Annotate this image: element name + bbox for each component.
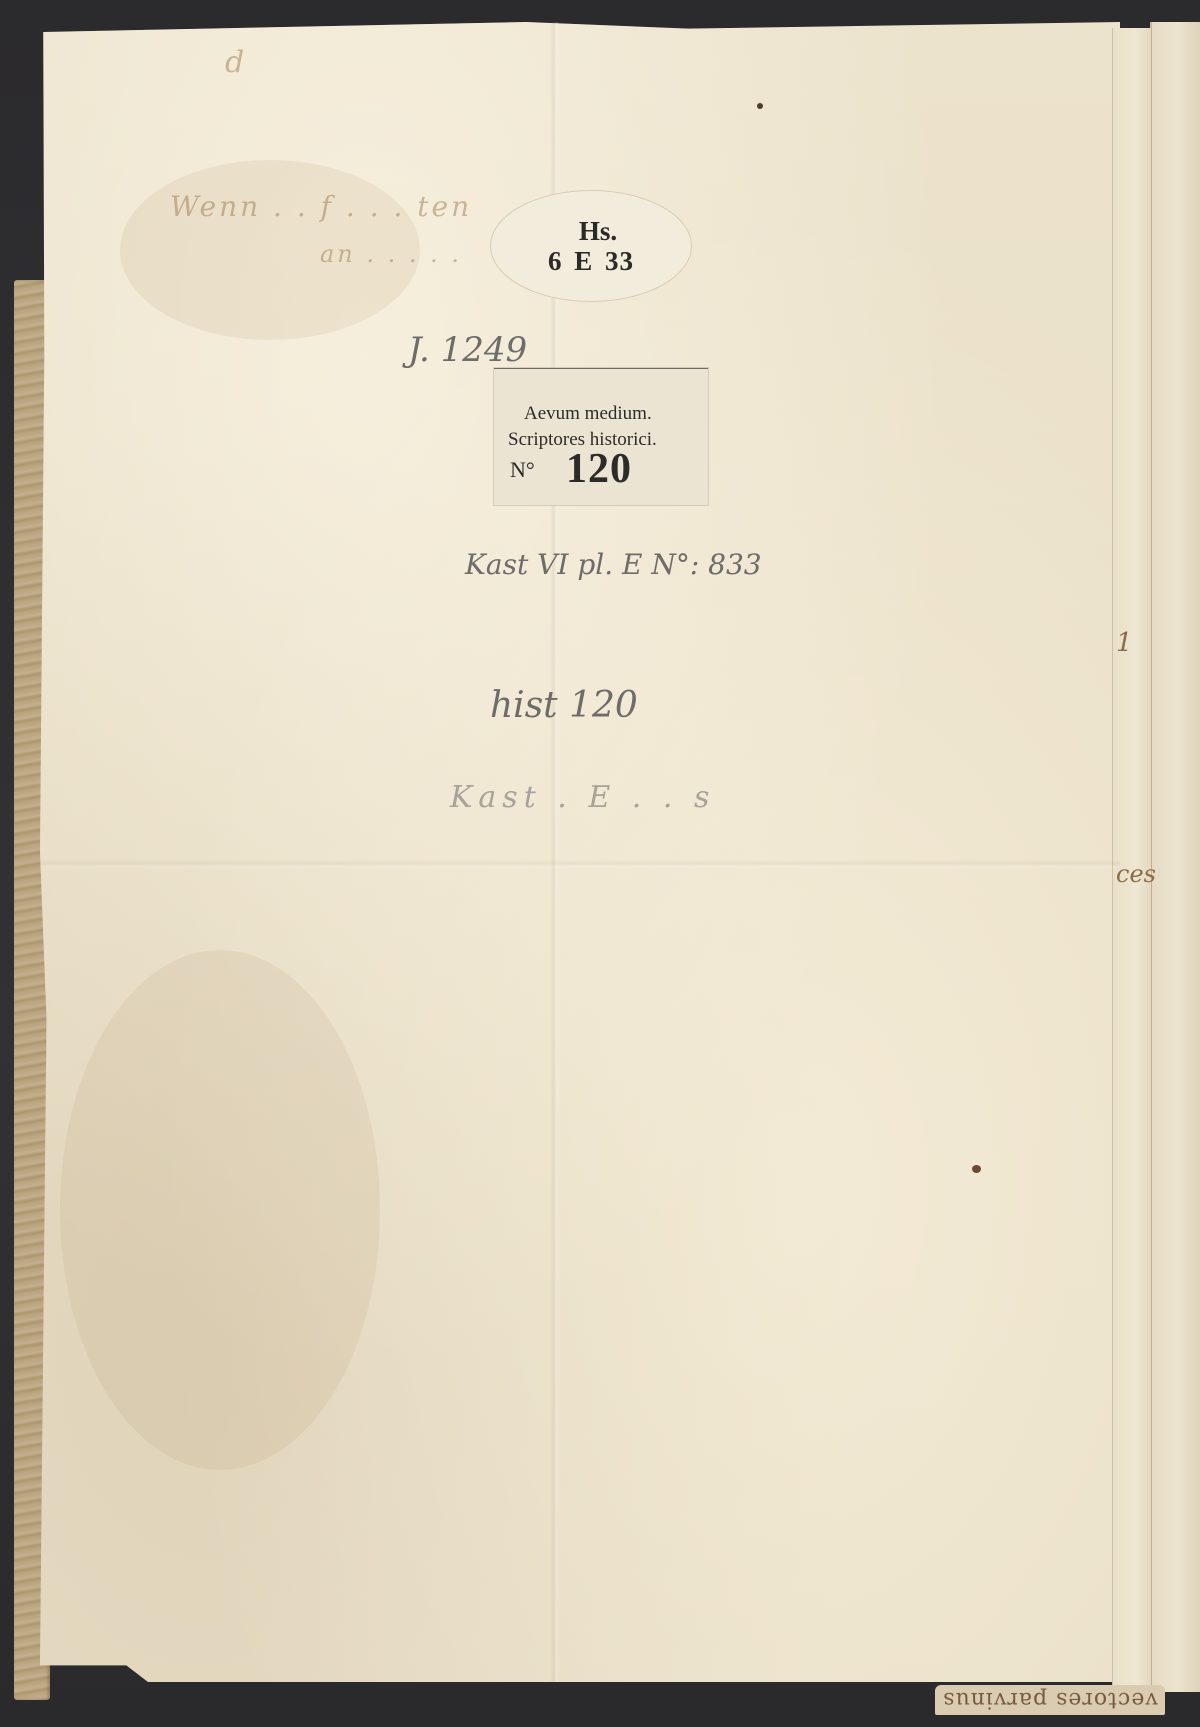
ink-spot bbox=[972, 1165, 981, 1173]
catalog-label-line-1: Aevum medium. bbox=[524, 403, 652, 425]
edge-ink-mark: 1 bbox=[1116, 628, 1133, 658]
catalog-label: Aevum medium. Scriptores historici. N° 1… bbox=[494, 368, 708, 505]
stain bbox=[60, 950, 380, 1470]
catalog-number-prefix: N° bbox=[510, 457, 535, 483]
ink-spot bbox=[757, 103, 763, 109]
pencil-hist-number: hist 120 bbox=[490, 685, 638, 726]
next-leaf-edge bbox=[1150, 22, 1200, 1692]
horizontal-fold bbox=[40, 860, 1120, 870]
faint-ink-line: Wenn . . f . . . ten bbox=[170, 190, 472, 223]
shelfmark-line-2: 6 E 33 bbox=[548, 246, 634, 276]
catalog-number: 120 bbox=[566, 445, 632, 493]
faint-ink-line: an . . . . . bbox=[320, 240, 462, 268]
pencil-faint-note: Kast . E . . s bbox=[450, 780, 715, 815]
binding-stub bbox=[1112, 28, 1152, 1688]
pencil-shelf-location: Kast VI pl. E N°: 833 bbox=[465, 548, 762, 581]
binding-fragment-text: vectores parvinus bbox=[935, 1685, 1165, 1715]
edge-ink-mark: ces bbox=[1116, 860, 1156, 888]
pencil-inventory-number: J. 1249 bbox=[408, 330, 527, 370]
shelfmark-label: Hs. 6 E 33 bbox=[490, 190, 692, 302]
shelfmark-line-1: Hs. bbox=[579, 216, 617, 246]
faint-ink-mark: d bbox=[225, 45, 244, 80]
